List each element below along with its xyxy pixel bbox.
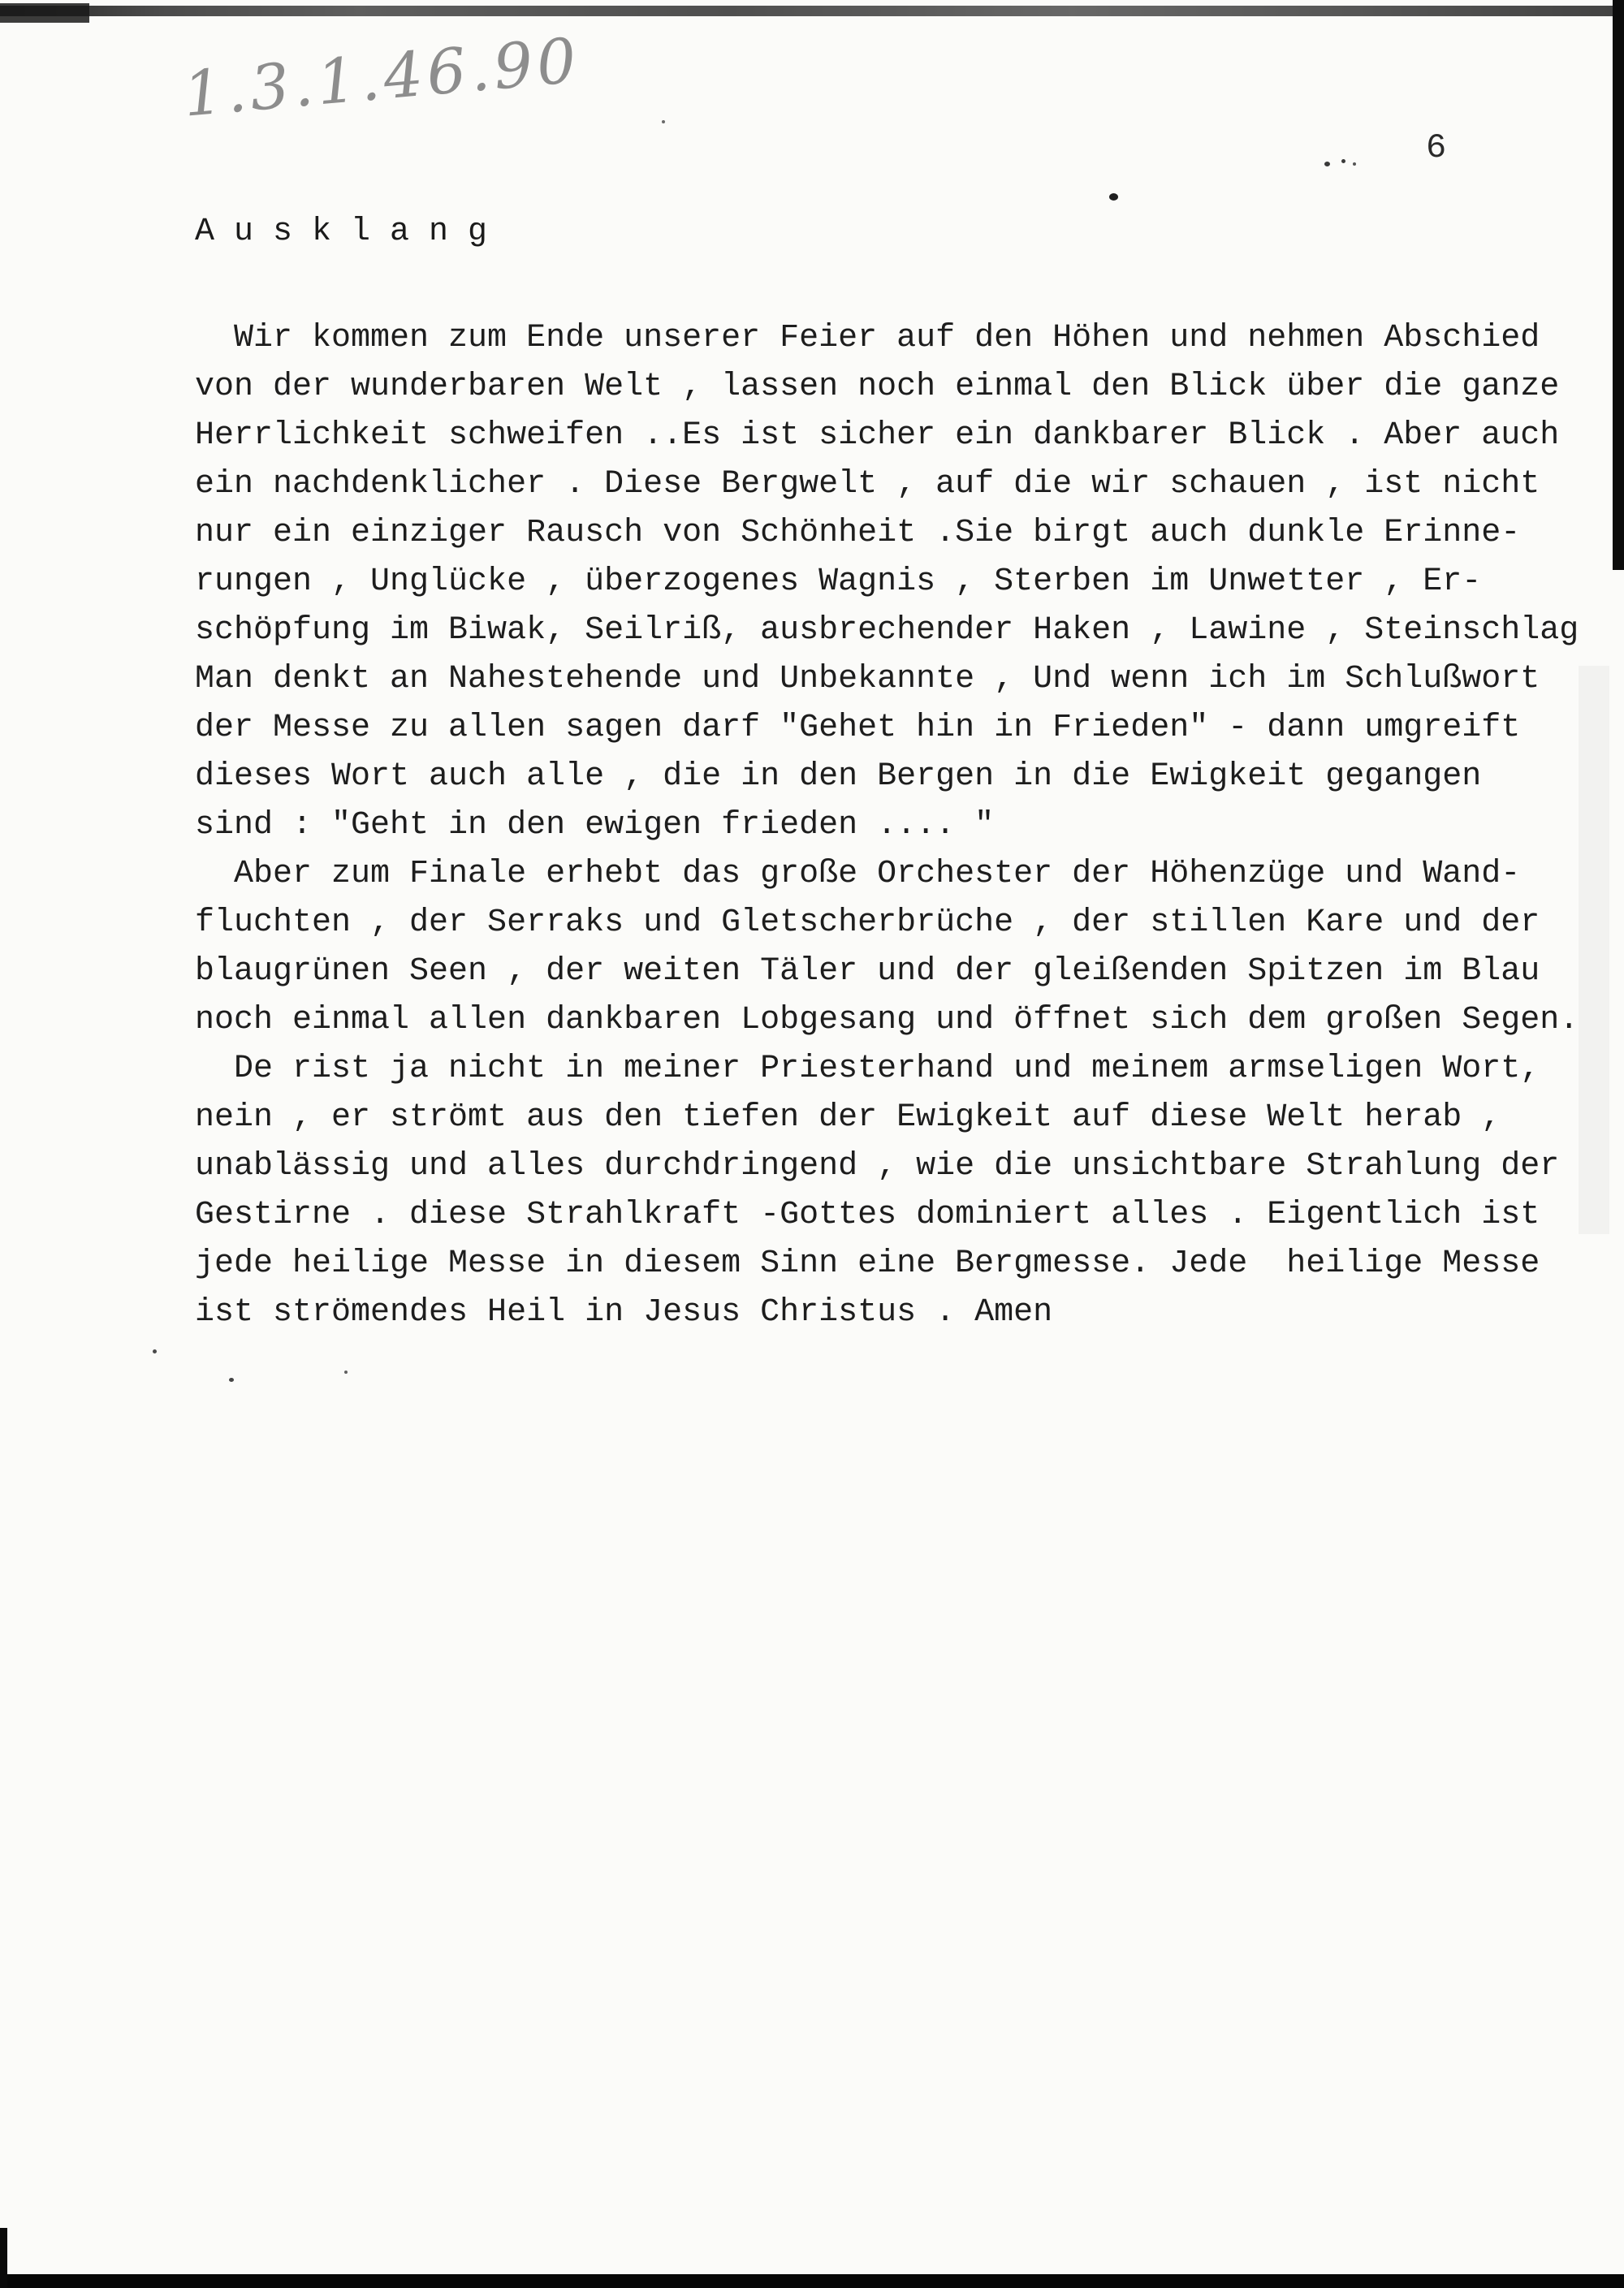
text-line: blaugrünen Seen , der weiten Täler und d… <box>195 948 1624 996</box>
toner-speck <box>662 120 665 123</box>
text-line: Man denkt an Nahestehende und Unbekannte… <box>195 655 1624 704</box>
scan-edge-bottom <box>0 2274 1624 2288</box>
text-line: Wir kommen zum Ende unserer Feier auf de… <box>195 314 1624 363</box>
scan-edge-top-corner <box>0 3 89 23</box>
text-line: schöpfung im Biwak, Seilriß, ausbrechend… <box>195 607 1624 655</box>
document-page: 1.3.1.46.90 6 A u s k l a n g Wir kommen… <box>0 0 1624 2288</box>
section-heading: A u s k l a n g <box>195 213 487 252</box>
toner-speck <box>1341 159 1345 163</box>
toner-speck <box>229 1378 234 1382</box>
text-line: Gestirne . diese Strahlkraft -Gottes dom… <box>195 1191 1624 1240</box>
handwritten-archival-number: 1.3.1.46.90 <box>180 24 583 130</box>
text-line: jede heilige Messe in diesem Sinn eine B… <box>195 1240 1624 1289</box>
body-text: Wir kommen zum Ende unserer Feier auf de… <box>195 314 1624 1337</box>
toner-speck <box>1353 162 1356 166</box>
text-line: nur ein einziger Rausch von Schönheit .S… <box>195 509 1624 558</box>
text-line: Aber zum Finale erhebt das große Orchest… <box>195 850 1624 899</box>
text-line: fluchten , der Serraks und Gletscherbrüc… <box>195 899 1624 948</box>
text-line: der Messe zu allen sagen darf "Gehet hin… <box>195 704 1624 753</box>
text-line: von der wunderbaren Welt , lassen noch e… <box>195 363 1624 412</box>
text-line: ist strömendes Heil in Jesus Christus . … <box>195 1289 1624 1337</box>
page-number: 6 <box>1426 123 1446 172</box>
text-line: rungen , Unglücke , überzogenes Wagnis ,… <box>195 558 1624 607</box>
text-line: sind : "Geht in den ewigen frieden .... … <box>195 801 1624 850</box>
toner-speck <box>1109 193 1118 201</box>
scan-edge-bottom-left <box>0 2228 7 2288</box>
text-line: ein nachdenklicher . Diese Bergwelt , au… <box>195 460 1624 509</box>
scan-edge-top <box>0 6 1624 16</box>
toner-speck <box>153 1349 157 1353</box>
text-line: noch einmal allen dankbaren Lobgesang un… <box>195 996 1624 1045</box>
text-line: unablässig und alles durchdringend , wie… <box>195 1142 1624 1191</box>
text-line: De rist ja nicht in meiner Priesterhand … <box>195 1045 1624 1094</box>
toner-speck <box>1324 162 1330 166</box>
text-line: nein , er strömt aus den tiefen der Ewig… <box>195 1094 1624 1142</box>
toner-speck <box>344 1371 348 1374</box>
text-line: Herrlichkeit schweifen ..Es ist sicher e… <box>195 412 1624 460</box>
text-line: dieses Wort auch alle , die in den Berge… <box>195 753 1624 801</box>
